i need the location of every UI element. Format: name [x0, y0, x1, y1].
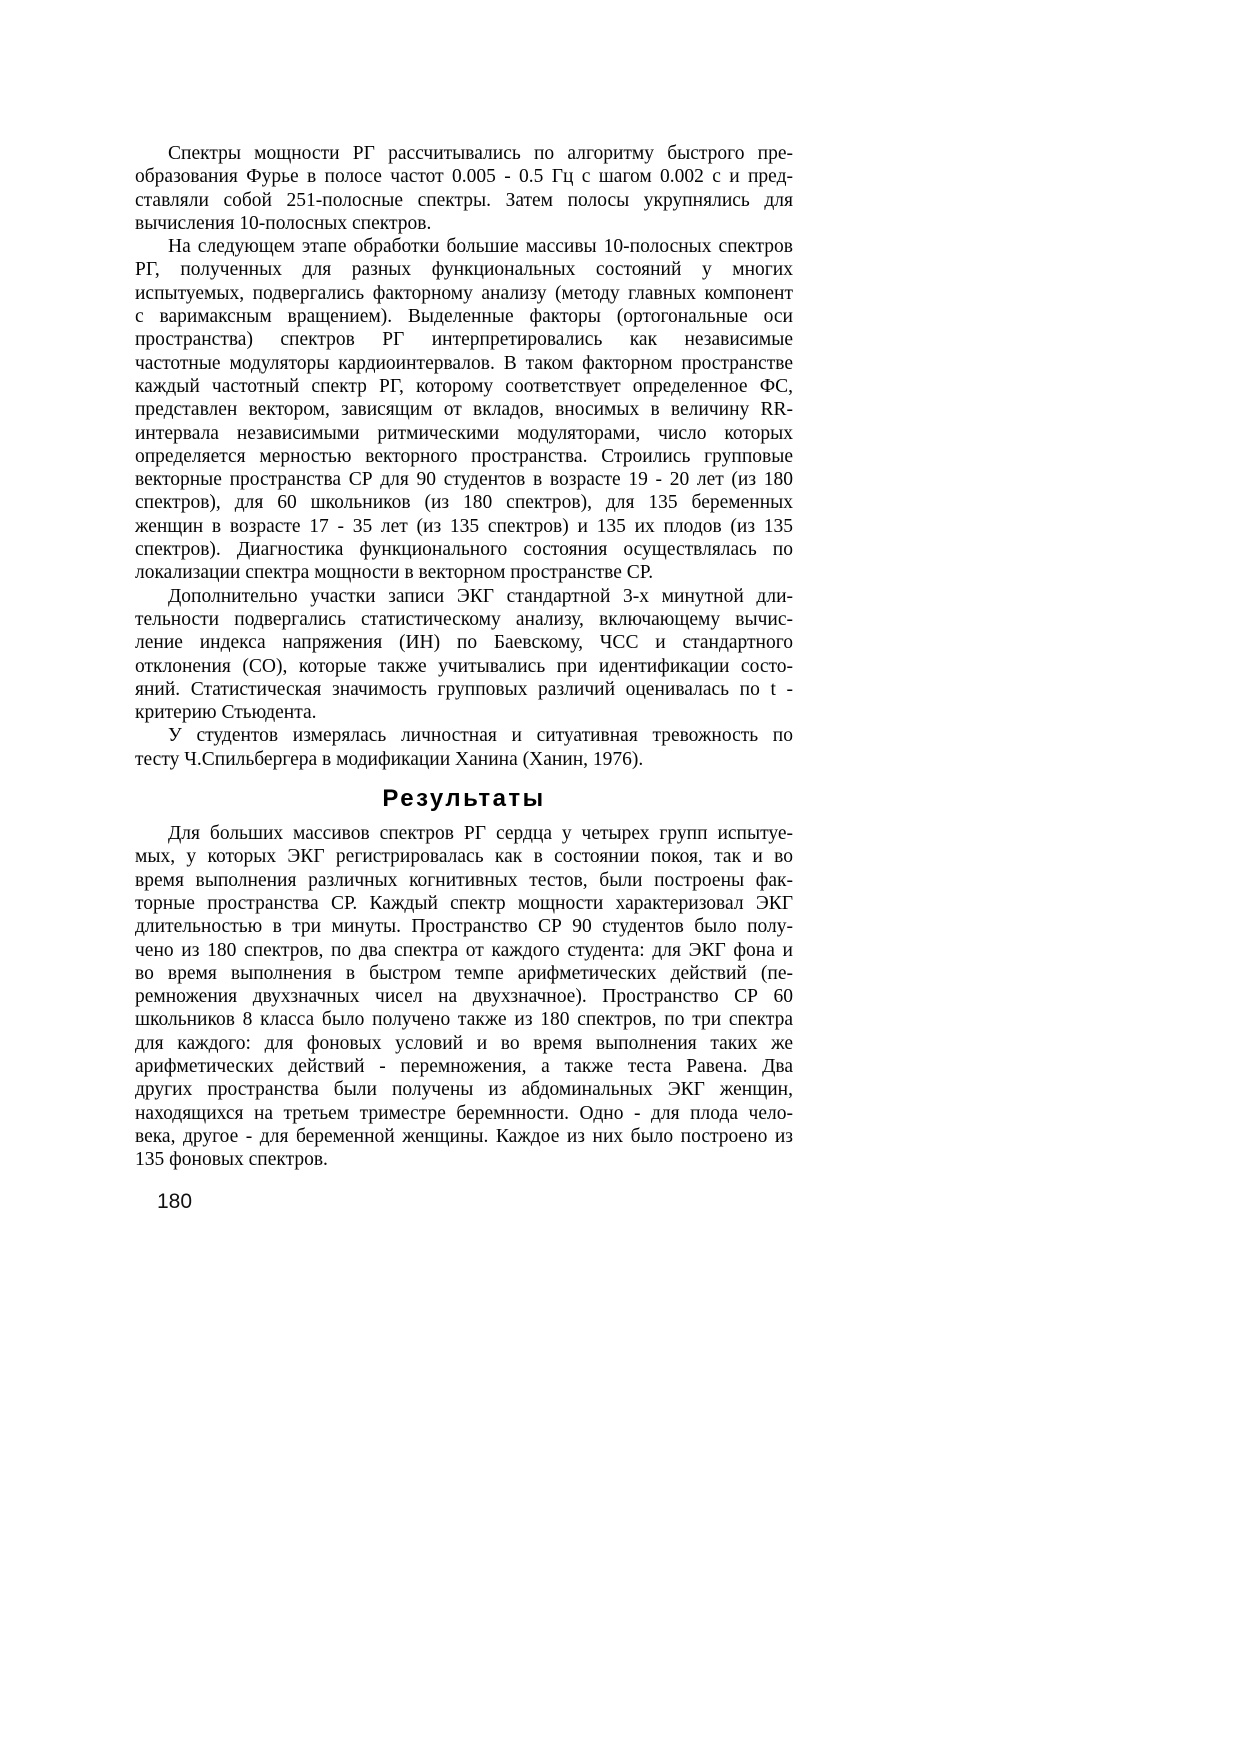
text-line: других пространства были получены из абд… [135, 1078, 793, 1101]
text-line: чено из 180 спектров, по два спектра от … [135, 939, 793, 962]
paragraph: Для больших массивов спектров РГ сердца … [135, 822, 793, 1171]
text-line: вычисления 10-полосных спектров. [135, 212, 793, 235]
text-line: ремножения двухзначных чисел на двухзнач… [135, 985, 793, 1008]
text-line: находящихся на третьем триместре беремнн… [135, 1102, 793, 1125]
text-line: школьников 8 класса было получено также … [135, 1008, 793, 1031]
text-line: Спектры мощности РГ рассчитывались по ал… [135, 142, 793, 165]
text-line: испытуемых, подвергались факторному анал… [135, 282, 793, 305]
text-line: мых, у которых ЭКГ регистрировалась как … [135, 845, 793, 868]
text-line: яний. Статистическая значимость групповы… [135, 678, 793, 701]
text-line: образования Фурье в полосе частот 0.005 … [135, 165, 793, 188]
paragraph: Спектры мощности РГ рассчитывались по ал… [135, 142, 793, 235]
text-column: Спектры мощности РГ рассчитывались по ал… [135, 142, 793, 1171]
text-line: во время выполнения в быстром темпе ариф… [135, 962, 793, 985]
paragraph: У студентов измерялась личностная и ситу… [135, 724, 793, 771]
text-line: тельности подвергались статистическому а… [135, 608, 793, 631]
text-line: время выполнения различных когнитивных т… [135, 869, 793, 892]
text-line: частотные модуляторы кардиоинтервалов. В… [135, 352, 793, 375]
text-line: каждый частотный спектр РГ, которому соо… [135, 375, 793, 398]
text-line: 135 фоновых спектров. [135, 1148, 793, 1171]
text-line: женщин в возрасте 17 - 35 лет (из 135 сп… [135, 515, 793, 538]
text-line: для каждого: для фоновых условий и во вр… [135, 1032, 793, 1055]
text-line: Для больших массивов спектров РГ сердца … [135, 822, 793, 845]
text-line: ставляли собой 251-полосные спектры. Зат… [135, 189, 793, 212]
text-line: пространства) спектров РГ интерпретирова… [135, 328, 793, 351]
text-line: ление индекса напряжения (ИН) по Баевско… [135, 631, 793, 654]
text-line: представлен вектором, зависящим от вклад… [135, 398, 793, 421]
page-number: 180 [157, 1190, 192, 1214]
text-line: спектров), для 60 школьников (из 180 спе… [135, 491, 793, 514]
text-line: Дополнительно участки записи ЭКГ стандар… [135, 585, 793, 608]
text-line: с варимаксным вращением). Выделенные фак… [135, 305, 793, 328]
text-line: арифметических действий - перемножения, … [135, 1055, 793, 1078]
text-line: На следующем этапе обработки большие мас… [135, 235, 793, 258]
paragraph: Дополнительно участки записи ЭКГ стандар… [135, 585, 793, 725]
text-line: У студентов измерялась личностная и ситу… [135, 724, 793, 747]
text-line: критерию Стьюдента. [135, 701, 793, 724]
text-line: векторные пространства СР для 90 студент… [135, 468, 793, 491]
paragraph: На следующем этапе обработки большие мас… [135, 235, 793, 584]
text-line: спектров). Диагностика функционального с… [135, 538, 793, 561]
text-line: длительностью в три минуты. Пространство… [135, 915, 793, 938]
text-line: отклонения (СО), которые также учитывали… [135, 655, 793, 678]
text-line: торные пространства СР. Каждый спектр мо… [135, 892, 793, 915]
text-line: РГ, полученных для разных функциональных… [135, 258, 793, 281]
text-line: локализации спектра мощности в векторном… [135, 561, 793, 584]
text-line: века, другое - для беременной женщины. К… [135, 1125, 793, 1148]
document-page: Спектры мощности РГ рассчитывались по ал… [0, 0, 1240, 1752]
text-line: определяется мерностью векторного простр… [135, 445, 793, 468]
section-heading-results: Результаты [135, 786, 793, 812]
text-line: интервала независимыми ритмическими моду… [135, 422, 793, 445]
text-line: тесту Ч.Спильбергера в модификации Ханин… [135, 748, 793, 771]
